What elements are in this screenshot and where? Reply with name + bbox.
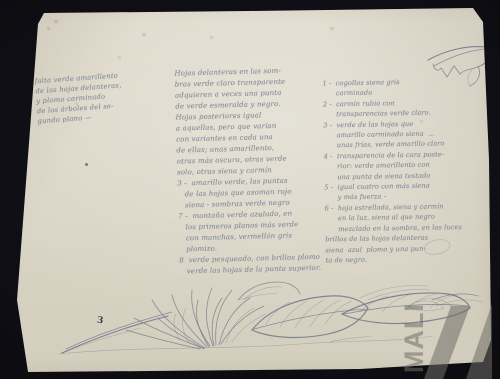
photo-background: falta verde amarillento de las hojas del… xyxy=(0,0,500,379)
watermark-logo-bands xyxy=(0,0,500,379)
